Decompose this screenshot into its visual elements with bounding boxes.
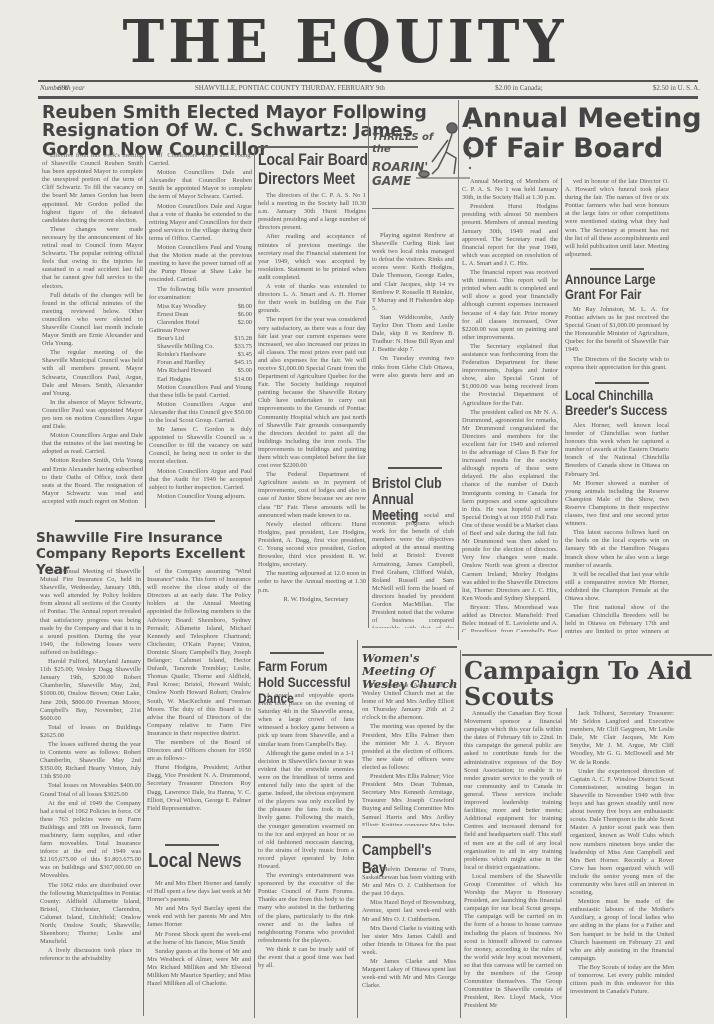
paragraph: of the Company assuming "Wind Insurance"… (147, 568, 251, 738)
paragraph: The report for the year was considered v… (258, 316, 366, 470)
column-divider (368, 108, 369, 628)
column-divider (143, 566, 144, 1016)
paragraph: Motion Councillors Paul and Young that t… (149, 384, 252, 400)
bill-cell: $45.15 (234, 359, 252, 367)
bill-cell: $8.00 (238, 303, 252, 311)
masthead: THE EQUITY (20, 12, 710, 72)
paragraph: This latest success follows hard on the … (565, 529, 669, 569)
masthead-rule-bottom (38, 96, 698, 99)
paragraph: R. W. Hodgins, Secretary (258, 596, 366, 604)
paragraph: President Mrs Ellis Palmer; Vice Preside… (362, 773, 454, 826)
farm-forum-body: A novel and enjoyable sports event took … (258, 692, 354, 1018)
paragraph: Annual Meeting of Members of C. P. A. S.… (462, 178, 558, 202)
column-divider (460, 650, 461, 1018)
bill-row: Foran and Hardley$45.15 (149, 359, 252, 367)
curling-body: Playing against Renfrew at Shawville Cur… (372, 232, 454, 380)
paragraph: A novel and enjoyable sports event took … (258, 692, 354, 749)
paragraph: The 1062 risks are distributed over the … (40, 882, 141, 947)
grant-headline: Announce Large Grant For Fair (565, 272, 676, 302)
paragraph: We think it can be truely said of the ev… (258, 946, 354, 970)
bill-row: Miss Kay Woodley$8.00 (149, 303, 252, 311)
paragraph: Hurst Hodgins, President; Arthur Dagg, V… (147, 764, 251, 813)
scouts-column-1: Annually the Canadian Boy Scout Movement… (464, 710, 562, 1018)
paragraph: A lively discussion took place in refere… (40, 947, 141, 963)
paragraph: Sunday guests at the home of Mr and Mrs … (147, 948, 251, 988)
local-news-headline: Local News (148, 850, 250, 872)
paragraph: A vote of thanks was extended to directo… (258, 283, 366, 315)
paragraph: The following bills were presented for e… (149, 286, 252, 302)
bill-cell: $6.00 (238, 311, 252, 319)
paragraph: Motion Councillors Argue and Dale that t… (42, 432, 143, 456)
paragraph: The regular meeting of the Shawville Mun… (42, 349, 143, 398)
paragraph: ved in honour of the late Director O. A.… (565, 178, 669, 259)
insurance-column-2: of the Company assuming "Wind Insurance"… (147, 568, 251, 832)
paragraph: The first national show of the Canadian … (565, 604, 669, 636)
paragraph: Mr Ray Johnston, M. L. A. for Pontiac ad… (565, 306, 669, 355)
fair-directors-body: The directors of the C. P. A. S. No 1 he… (258, 192, 366, 624)
local-news-body: Mr and Mrs Ebert Horner and family of Hu… (147, 880, 251, 1020)
paragraph: The Annual Meeting of Shawville Mutual F… (40, 568, 141, 657)
bill-cell: Shawville Milling Co. (157, 343, 214, 351)
paragraph: Mrs David Clarke is visiting with her si… (362, 925, 456, 957)
paragraph: Playing against Renfrew at Shawville Cur… (372, 232, 454, 313)
paragraph: Motion Councillors Dale and Argue that a… (149, 203, 252, 243)
bill-cell: $33.75 (234, 343, 252, 351)
paragraph: The Federal Department of Agriculture as… (258, 471, 366, 520)
bill-row: Bour's Ltd$15.28 (149, 335, 252, 343)
scouts-column-2: Jack Tolhurst, Secretary Treasurer: Mr S… (570, 710, 674, 1010)
bill-cell: Miss Kay Woodley (157, 303, 206, 311)
bill-row: Mrs Richard Howard$5.00 (149, 367, 252, 375)
paragraph: Stan Widdicombe, Andy Taylor Don Thom an… (372, 314, 454, 354)
section-rule (595, 382, 649, 384)
newspaper-title: THE EQUITY (123, 11, 568, 74)
bill-cell: Foran and Hardley (157, 359, 205, 367)
paragraph: At the end of 1949 the Company had a tot… (40, 800, 141, 881)
section-rule (165, 844, 219, 846)
paragraph: of Councillors Dale and Young. Carried. (149, 152, 252, 168)
paragraph: The Boy Scouts of today are the Men of t… (570, 964, 674, 996)
paragraph: Miss Hazel Boyd of Brownsburg, Avenue, s… (362, 899, 456, 923)
paragraph: Mention must be made of the enthusiastic… (570, 898, 674, 963)
paragraph: Mr Forest Shock spent the week-end at th… (147, 931, 251, 947)
paragraph: Motion Councillors Argue and Alexander t… (149, 401, 252, 425)
insurance-column-1: The Annual Meeting of Shawville Mutual F… (40, 568, 141, 1016)
column-divider (561, 178, 562, 638)
bill-cell: Gatineau Power (149, 327, 190, 335)
wesley-body: The Women's Association of Wesley United… (362, 682, 454, 826)
paragraph: Mr and Mrs Ebert Horner and family of Hu… (147, 880, 251, 904)
bills-list: Miss Kay Woodley$8.00 Ernest Dean$6.00 C… (149, 303, 252, 384)
paragraph: Mr and Mrs Syd Barclay spent the week en… (147, 905, 251, 929)
section-rule (362, 836, 456, 838)
issue-year: 68th year (58, 84, 85, 96)
column-divider (458, 100, 459, 640)
bill-row: Clarendon Hotel$2.00 (149, 319, 252, 327)
annual-fair-board-headline: Annual Meeting Of Fair Board (462, 104, 712, 164)
paragraph: The members of the Board of Directors an… (147, 739, 251, 763)
paragraph: Newly elected officers: Hurst Hodgins, p… (258, 521, 366, 570)
section-rule (388, 467, 442, 469)
price-canada: $2.00 in Canada; (495, 84, 543, 96)
paragraph: On Tuesday evening two rinks from Glebe … (372, 355, 454, 380)
dateline-bar: Number 6 68th year SHAWVILLE, PONTIAC CO… (40, 84, 700, 96)
paragraph: The Women's Association of Wesley United… (362, 682, 454, 722)
paragraph: Annually the Canadian Boy Scout Movement… (464, 710, 562, 872)
paragraph: Jack Tolhurst, Secretary Treasurer: Mr S… (570, 710, 674, 767)
bill-cell: Ernest Dean (157, 311, 188, 319)
mayor-column-2: of Councillors Dale and Young. Carried. … (149, 152, 252, 510)
paragraph: Mr Melvin Demerse of Truro, Saskatchewan… (362, 866, 456, 898)
paragraph: It will be recalled that last year while… (565, 571, 669, 603)
paragraph: Motion Councillor Young adjourn. (149, 493, 252, 501)
paragraph: Mr Horner showed a number of young anima… (565, 480, 669, 529)
grant-body: Mr Ray Johnston, M. L. A. for Pontiac ad… (565, 306, 669, 376)
paragraph: The president called on Mr N. A. Drummon… (462, 409, 558, 603)
column-divider (357, 640, 358, 1018)
chinchilla-body: Alex Horner, well known local breeder of… (565, 422, 669, 636)
bill-cell: $14.00 (234, 376, 252, 384)
curling-cartoon: THRILLS of the ROARIN' GAME (372, 112, 454, 222)
paragraph: Under the experienced direction of Capta… (570, 768, 674, 898)
campbells-bay-body: Mr Melvin Demerse of Truro, Saskatchewan… (362, 866, 456, 1016)
bill-cell: Bour's Ltd (157, 335, 184, 343)
section-rule (590, 268, 644, 270)
bill-row: Gatineau Power (149, 327, 252, 335)
paragraph: Effective from this week's meeting of Sh… (42, 152, 143, 225)
bill-cell: Mrs Richard Howard (157, 367, 211, 375)
bill-row: Roinke's Hardware$3.45 (149, 351, 252, 359)
newspaper-page: THE EQUITY Number 6 68th year SHAWVILLE,… (0, 0, 714, 1024)
paragraph: Full details of the changes will be foun… (42, 292, 143, 349)
paragraph: Motion Councillors Dale and Alexander th… (149, 169, 252, 201)
bill-row: Earl Hodgins$14.00 (149, 376, 252, 384)
paragraph: Motion Reuben Smith, Orla Young and Erni… (42, 457, 143, 506)
scouts-headline: Campaign To Aid Scouts (464, 658, 704, 710)
column-divider (145, 152, 146, 508)
bill-row: Shawville Milling Co.$33.75 (149, 343, 252, 351)
masthead-rule-top (38, 80, 698, 82)
paragraph: In the absence of Mayor Schwartz, Counci… (42, 399, 143, 431)
annual-fair-board-column-1: Annual Meeting of Members of C. P. A. S.… (462, 178, 558, 632)
paragraph: Mr James Clarke and Miss Margaret Lakey … (362, 958, 456, 990)
column-divider (566, 708, 567, 1018)
paragraph: The financial report was received with i… (462, 269, 558, 342)
paragraph: The losses suffered during the year to C… (40, 741, 141, 781)
section-rule (362, 646, 457, 648)
bill-cell: Roinke's Hardware (157, 351, 206, 359)
paragraph: Total losses on Moveables $400.00 Grand … (40, 782, 141, 798)
section-rule (270, 652, 324, 654)
paragraph: The evening's entertainment was sponsore… (258, 872, 354, 945)
bill-cell: $2.00 (238, 319, 252, 327)
paragraph: Alex Horner, well known local breeder of… (565, 422, 669, 479)
bill-row: Ernest Dean$6.00 (149, 311, 252, 319)
paragraph: The Secretary explained that assistance … (462, 343, 558, 408)
paragraph: After reading and acceptance of minutes … (258, 233, 366, 282)
paragraph: Motion Councillors Paul and Young that t… (149, 244, 252, 284)
paragraph: These changes were made necessary by the… (42, 226, 143, 291)
bill-cell: $5.00 (238, 367, 252, 375)
paragraph: Bryson: Thos. Moorehead was added as Dir… (462, 604, 558, 632)
paragraph: The meeting adjourned at 12.0 noon in or… (258, 570, 366, 594)
paragraph: The Directors of the Society wish to exp… (565, 356, 669, 372)
annual-fair-board-column-2: ved in honour of the late Director O. A.… (565, 178, 669, 264)
price-usa: $2.50 in U. S. A. (653, 84, 700, 96)
paragraph: The meeting was opened by the President,… (362, 723, 454, 772)
paragraph: Harold Fulford, Maryland January 11th $2… (40, 658, 141, 723)
bill-cell: $3.45 (238, 351, 252, 359)
column-divider (254, 148, 255, 1018)
bill-cell: Earl Hodgins (157, 376, 191, 384)
paragraph: Although the game ended in a 1-1 decisio… (258, 750, 354, 871)
paragraph: Motion Councillors Argue and Paul that t… (149, 468, 252, 492)
mayor-column-1: Effective from this week's meeting of Sh… (42, 152, 143, 510)
section-rule (75, 520, 215, 522)
paragraph: Promotion of social and economic program… (372, 512, 454, 628)
bill-cell: $15.28 (234, 335, 252, 343)
bill-cell: Clarendon Hotel (157, 319, 199, 327)
paragraph: President Hurst Hodgins presiding with a… (462, 203, 558, 268)
bristol-body: Promotion of social and economic program… (372, 512, 454, 628)
paragraph: Local members of the Shawville Group Com… (464, 873, 562, 1011)
chinchilla-headline: Local Chinchilla Breeder's Success (565, 388, 676, 418)
paragraph: The directors of the C. P. A. S. No 1 he… (258, 192, 366, 232)
dateline-text: SHAWVILLE, PONTIAC COUNTY THURDAY, FEBRU… (195, 84, 385, 96)
paragraph: Mr James C. Gordon is duly appointed to … (149, 426, 252, 466)
paragraph: Total of losses on Buildings $2625.00 (40, 724, 141, 740)
